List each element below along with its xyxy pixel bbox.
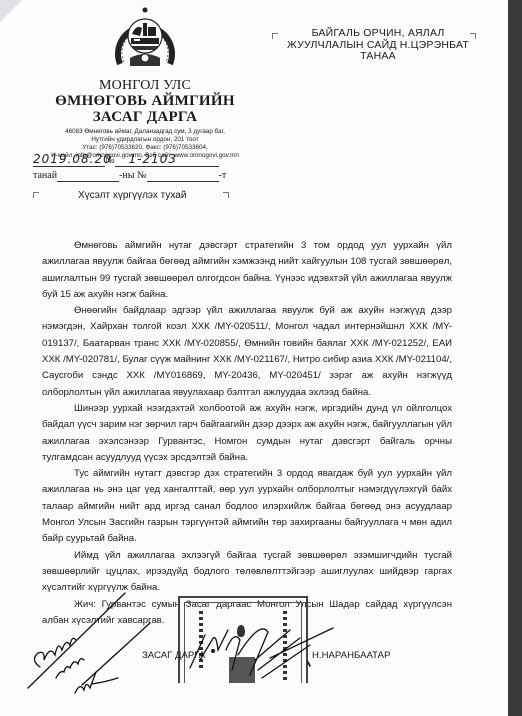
state-emblem-icon <box>112 6 178 72</box>
office-name: ЗАСАГ ДАРГА <box>20 109 270 125</box>
letter-page: МОНГОЛ УЛС ӨМНӨГОВЬ АЙМГИЙН ЗАСАГ ДАРГА … <box>0 0 508 716</box>
province-name: ӨМНӨГОВЬ АЙМГИЙН <box>20 93 270 109</box>
signatory-title: ЗАСАГ ДАРГА <box>142 650 205 661</box>
body-paragraph: Өнөөгийн байдлаар эдгээр үйл ажиллагаа я… <box>42 303 452 401</box>
body-paragraph: Өмнөговь аймгийн нутаг дэвсгэрт стратеги… <box>42 238 452 303</box>
body-paragraph: Иймд үйл ажиллагаа эхлээгүй байгаа тусга… <box>42 548 452 597</box>
page-fold <box>0 0 22 22</box>
viewer-edge-bar <box>508 0 522 716</box>
signatory-name: Н.НАРАНБААТАР <box>312 650 390 661</box>
letter-body: Өмнөговь аймгийн нутаг дэвсгэрт стратеги… <box>42 238 452 629</box>
reply-reference-line: танай -ны № -т <box>33 170 226 182</box>
date-number-line: 2019.08.20№1-2103 <box>33 150 228 166</box>
addressee-block: БАЙГАЛЬ ОРЧИН, АЯЛАЛ ЖУУЛЧЛАЛЫН САЙД Н.Ц… <box>278 28 478 63</box>
body-paragraph: Тус аймгийн нутагт дэвсгэр дэх стратегий… <box>42 466 452 547</box>
number-label: № <box>105 155 115 166</box>
letter-date: 2019.08.20 <box>33 152 105 167</box>
country-name: МОНГОЛ УЛС <box>20 78 270 93</box>
official-seal-icon <box>178 596 308 683</box>
body-paragraph: Шинээр уурхай нээгдэхтэй холбоотой аж ах… <box>42 401 452 466</box>
letterhead: МОНГОЛ УЛС ӨМНӨГОВЬ АЙМГИЙН ЗАСАГ ДАРГА … <box>20 78 270 160</box>
letter-number: 1-2103 <box>115 152 219 167</box>
subject-title: Хүсэлт хүргүүлэх тухай <box>78 190 186 201</box>
